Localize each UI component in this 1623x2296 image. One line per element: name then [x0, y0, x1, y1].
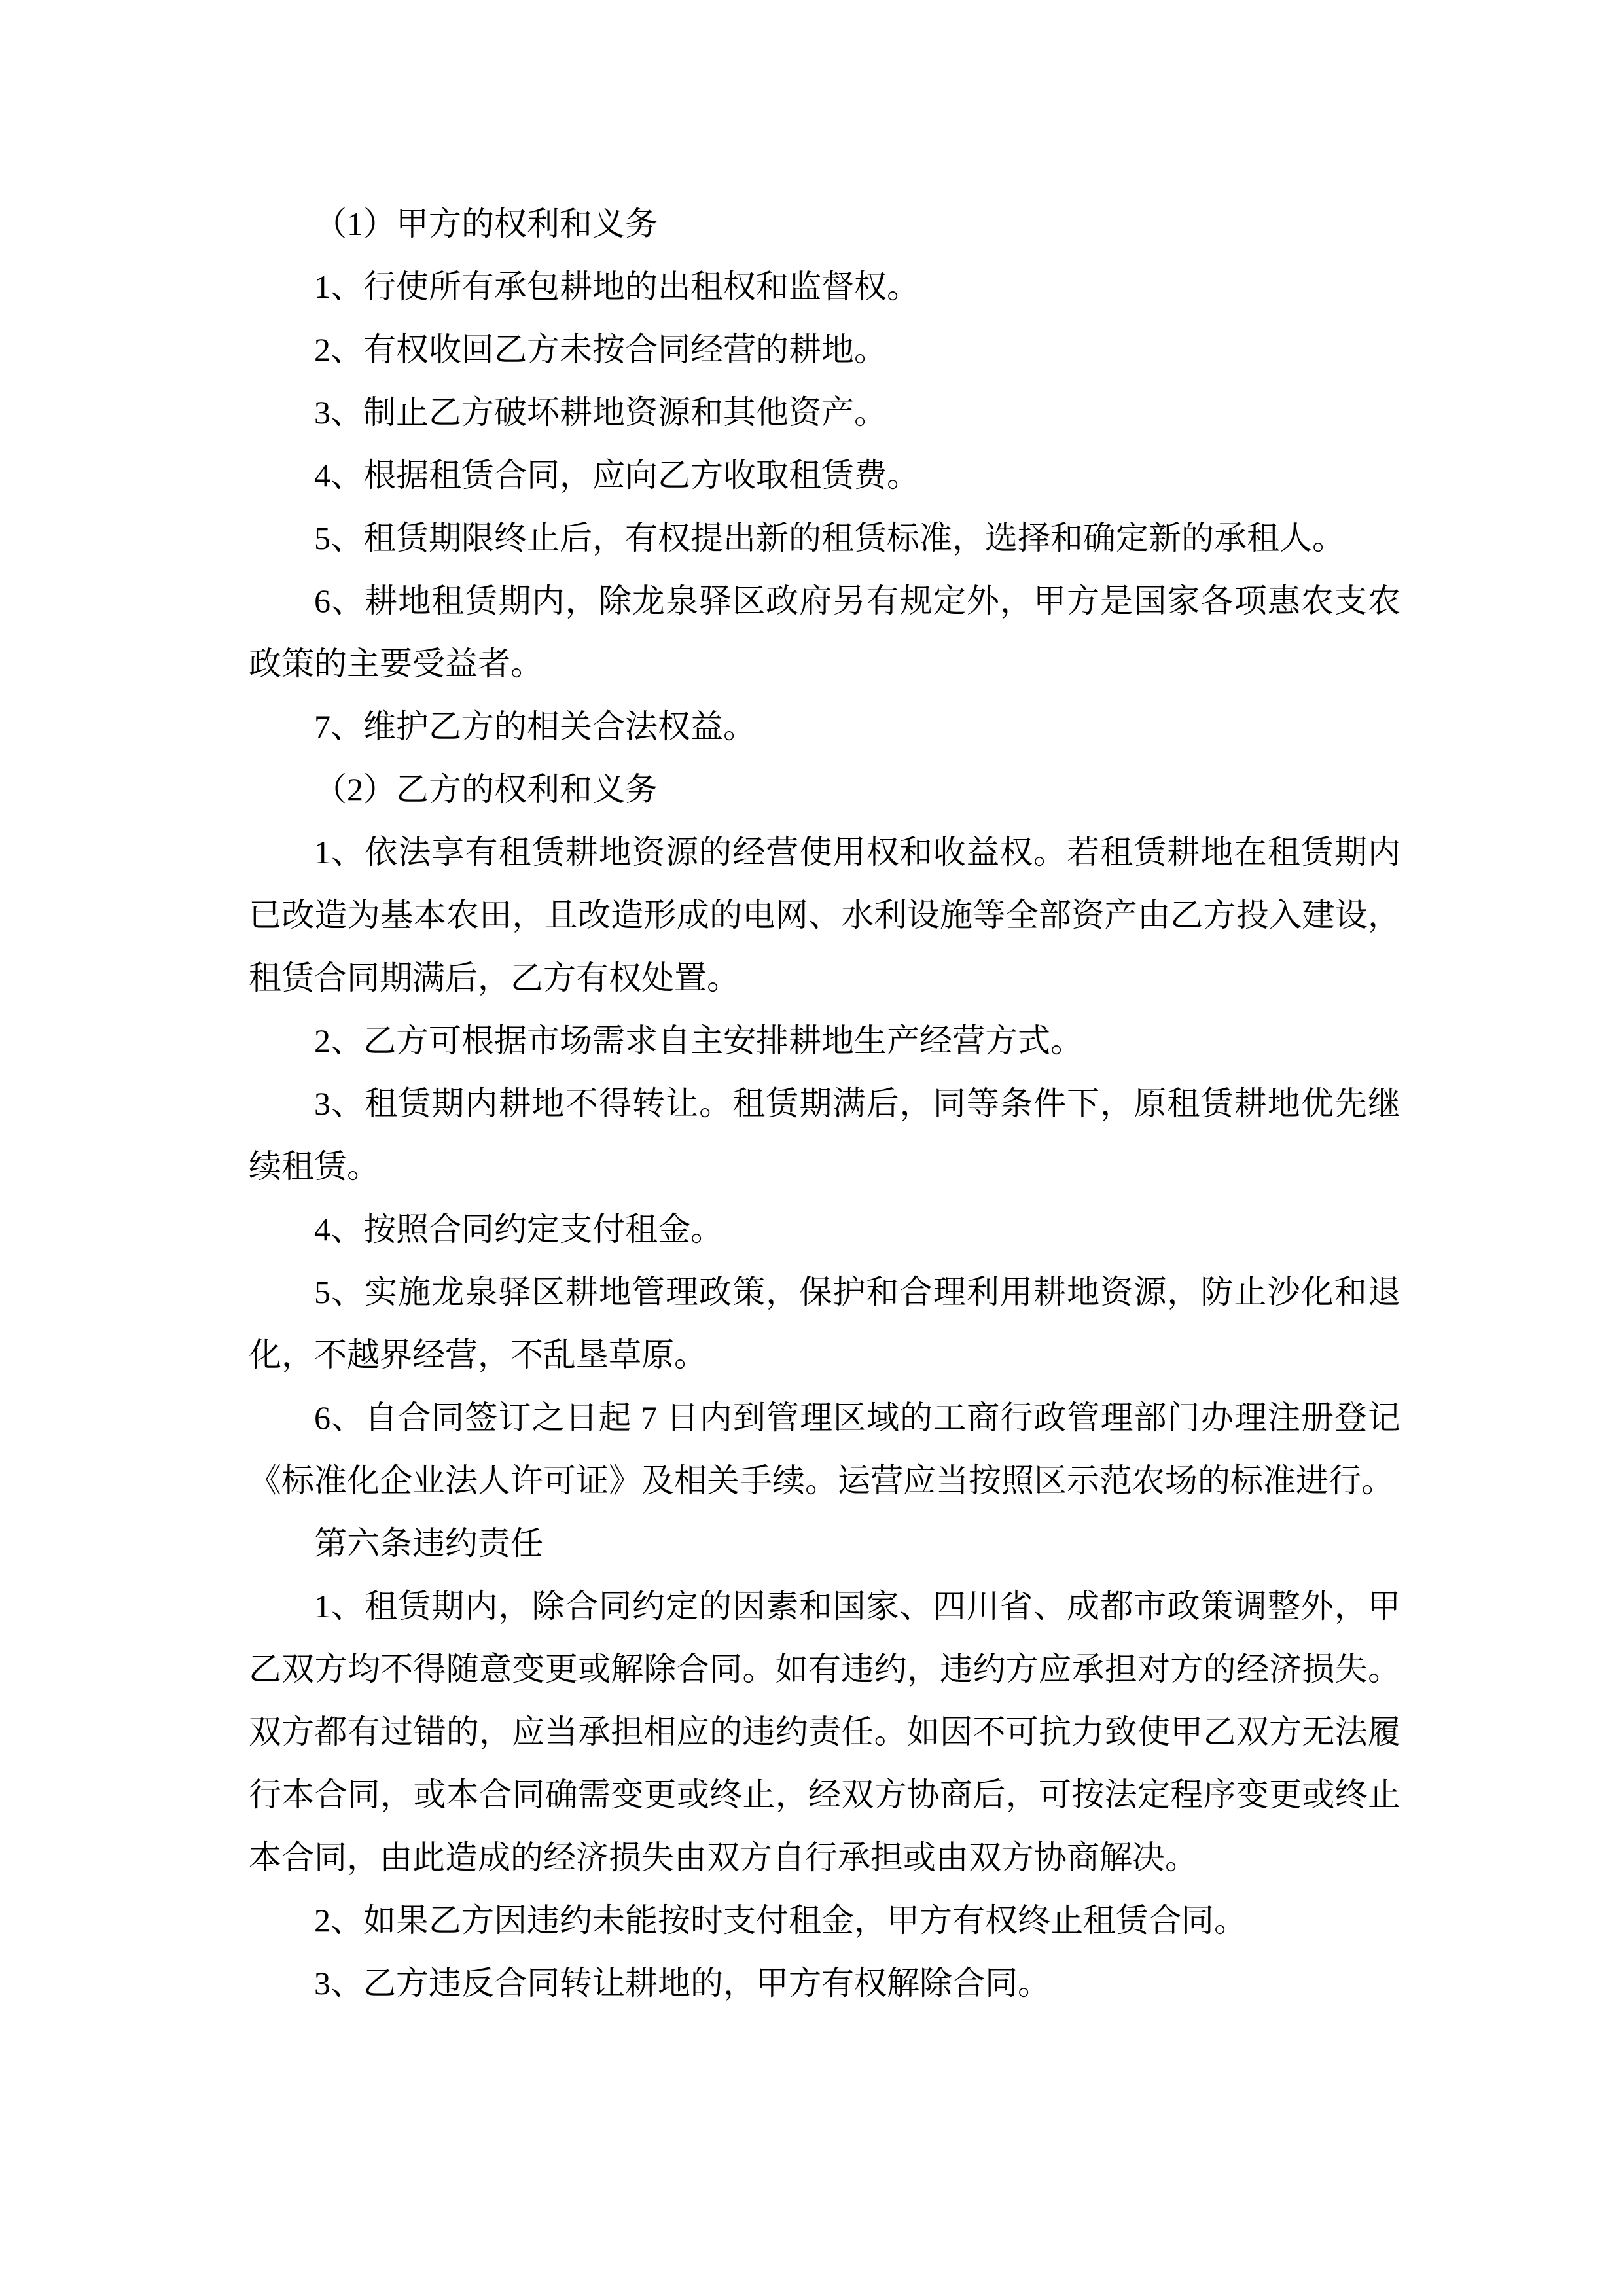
contract-clause: 5、租赁期限终止后，有权提出新的租赁标准，选择和确定新的承租人。: [249, 507, 1400, 569]
subsection-heading-party-b: （2）乙方的权利和义务: [249, 758, 1400, 821]
contract-clause: 3、制止乙方破坏耕地资源和其他资产。: [249, 381, 1400, 444]
contract-clause: 4、按照合同约定支付租金。: [249, 1198, 1400, 1261]
contract-clause: 6、耕地租赁期内，除龙泉驿区政府另有规定外，甲方是国家各项惠农支农政策的主要受益…: [249, 569, 1400, 695]
contract-clause: 2、如果乙方因违约未能按时支付租金，甲方有权终止租赁合同。: [249, 1889, 1400, 1952]
contract-clause: 1、依法享有租赁耕地资源的经营使用权和收益权。若租赁耕地在租赁期内已改造为基本农…: [249, 821, 1400, 1009]
contract-clause: 7、维护乙方的相关合法权益。: [249, 695, 1400, 758]
contract-clause: 1、租赁期内，除合同约定的因素和国家、四川省、成都市政策调整外，甲乙双方均不得随…: [249, 1575, 1400, 1889]
contract-clause: 2、有权收回乙方未按合同经营的耕地。: [249, 318, 1400, 381]
contract-body: （1）甲方的权利和义务 1、行使所有承包耕地的出租权和监督权。 2、有权收回乙方…: [249, 192, 1400, 2015]
contract-clause: 3、租赁期内耕地不得转让。租赁期满后，同等条件下，原租赁耕地优先继续租赁。: [249, 1072, 1400, 1198]
document-page: （1）甲方的权利和义务 1、行使所有承包耕地的出租权和监督权。 2、有权收回乙方…: [0, 0, 1623, 2296]
contract-clause: 6、自合同签订之日起 7 日内到管理区域的工商行政管理部门办理注册登记《标准化企…: [249, 1386, 1400, 1512]
contract-clause: 2、乙方可根据市场需求自主安排耕地生产经营方式。: [249, 1009, 1400, 1072]
contract-clause: 4、根据租赁合同，应向乙方收取租赁费。: [249, 444, 1400, 507]
subsection-heading-party-a: （1）甲方的权利和义务: [249, 192, 1400, 255]
contract-clause: 5、实施龙泉驿区耕地管理政策，保护和合理利用耕地资源，防止沙化和退化，不越界经营…: [249, 1261, 1400, 1386]
contract-clause: 1、行使所有承包耕地的出租权和监督权。: [249, 255, 1400, 318]
contract-clause: 3、乙方违反合同转让耕地的，甲方有权解除合同。: [249, 1952, 1400, 2015]
article-heading-breach-liability: 第六条违约责任: [249, 1512, 1400, 1575]
